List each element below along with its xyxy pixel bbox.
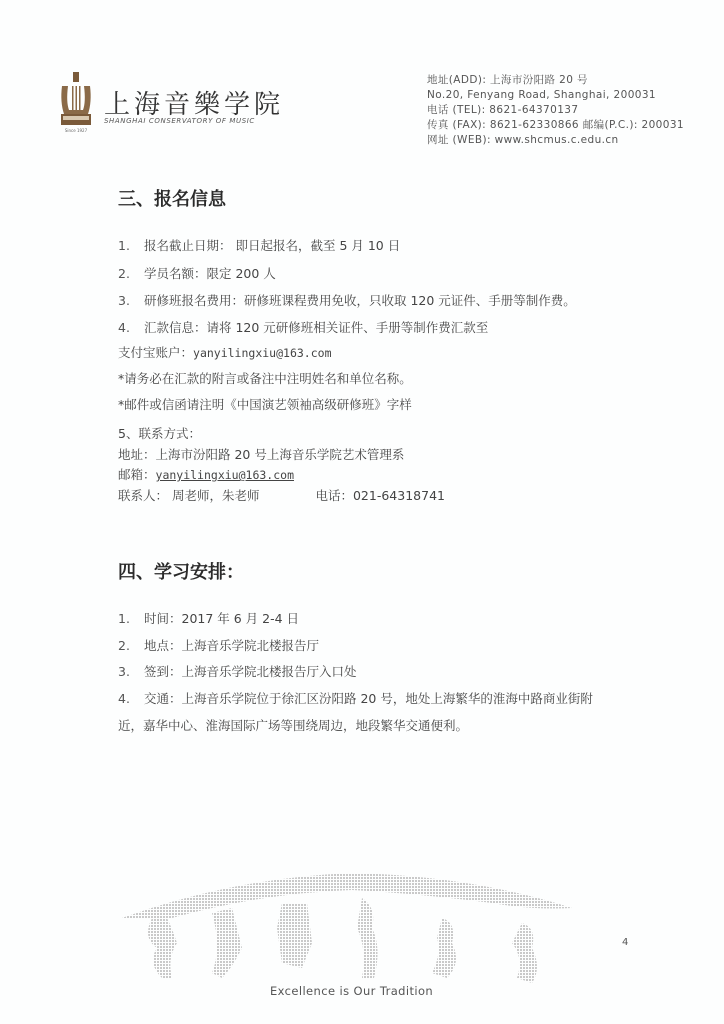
address-line: 传真 (FAX): 8621-62330866 邮编(P.C.): 200031 [427,118,684,133]
contact-address: 地址：上海市汾阳路 20 号上海音乐学院艺术管理系 [118,445,404,463]
section3-title: 三、报名信息 [118,185,226,211]
list-item: 3.研修班报名费用：研修班课程费用免收，只收取 120 元证件、手册等制作费。 [118,291,576,309]
address-line: 电话 (TEL): 8621-64370137 [427,103,684,118]
contact-email-line: 邮箱：yanyilingxiu@163.com [118,465,294,483]
list-item: 2.地点：上海音乐学院北楼报告厅 [118,636,319,654]
list-item: 3.签到：上海音乐学院北楼报告厅入口处 [118,662,357,680]
letterhead-address: 地址(ADD): 上海市汾阳路 20 号 No.20, Fenyang Road… [427,73,684,148]
note-line: *邮件或信函请注明《中国演艺领袖高级研修班》字样 [118,395,412,413]
lyre-logo-icon: Since 1927 [58,72,94,134]
contact-person-line: 联系人： 周老师，朱老师电话：021-64318741 [118,486,445,504]
section4-title: 四、学习安排： [118,558,244,584]
page-number: 4 [622,937,628,948]
address-line: 网址 (WEB): www.shcmus.c.edu.cn [427,133,684,148]
alipay-account: yanyilingxiu@163.com [193,346,331,360]
school-name-cn: 上海音樂学院 [104,84,284,121]
list-item: 1.时间：2017 年 6 月 2-4 日 [118,609,299,627]
email-link[interactable]: yanyilingxiu@163.com [156,468,294,482]
school-name-en: SHANGHAI CONSERVATORY OF MUSIC [104,117,255,125]
footer-motto: Excellence is Our Tradition [270,984,433,998]
alipay-line: 支付宝账户：yanyilingxiu@163.com [118,343,332,361]
list-item: 4.交通：上海音乐学院位于徐汇区汾阳路 20 号，地处上海繁华的淮海中路商业街附 [118,689,593,707]
contact-phone: 电话：021-64318741 [315,488,445,503]
note-line: *请务必在汇款的附言或备注中注明姓名和单位名称。 [118,369,412,387]
list-item: 2.学员名额：限定 200 人 [118,264,276,282]
list-item-continuation: 近，嘉华中心、淮海国际广场等围绕周边，地段繁华交通便利。 [118,716,468,734]
footer-mural-illustration [112,868,592,988]
list-item: 1.报名截止日期： 即日起报名，截至 5 月 10 日 [118,236,400,254]
list-item: 4.汇款信息：请将 120 元研修班相关证件、手册等制作费汇款至 [118,318,488,336]
address-line: 地址(ADD): 上海市汾阳路 20 号 [427,73,684,88]
contact-title: 5、联系方式： [118,424,201,442]
address-line: No.20, Fenyang Road, Shanghai, 200031 [427,88,684,103]
svg-text:Since 1927: Since 1927 [65,128,88,133]
